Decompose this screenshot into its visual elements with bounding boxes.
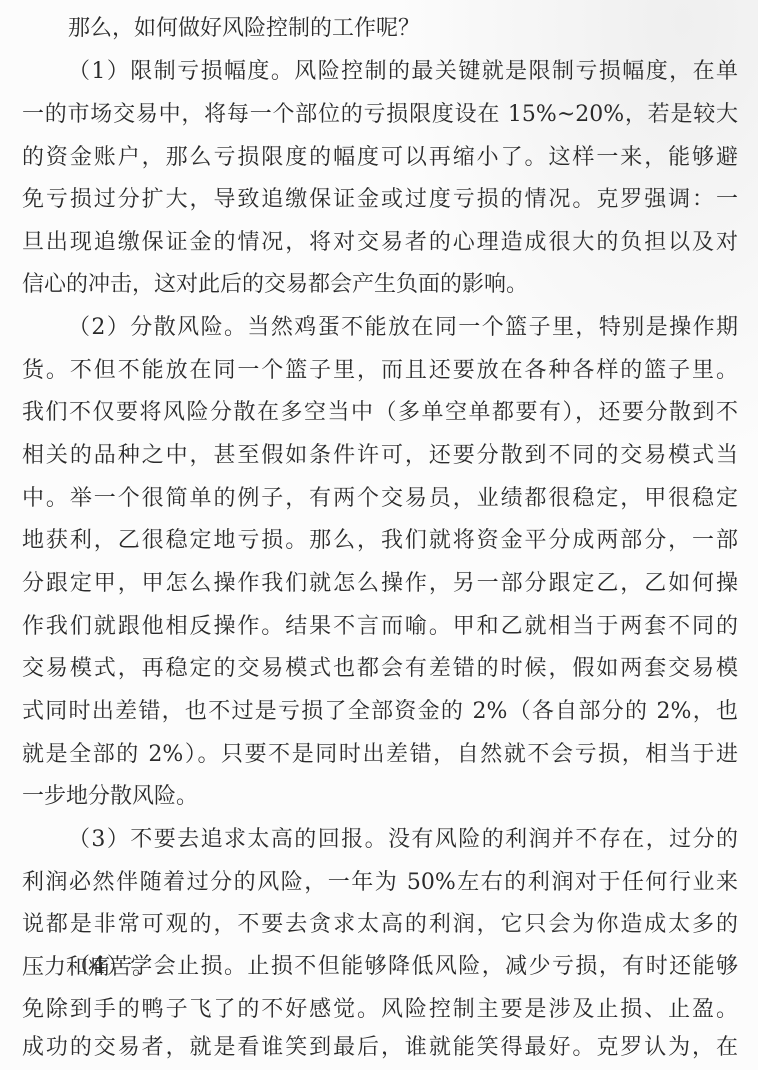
- text-line: 作我们就跟他相反操作。结果不言而喻。甲和乙就相当于两套不同的: [22, 606, 738, 648]
- text-line: 货。不但不能放在同一个篮子里，而且还要放在各种各样的篮子里。: [22, 350, 738, 392]
- scanned-book-page: 那么，如何做好风险控制的工作呢？ （1）限制亏损幅度。风险控制的最关键就是限制亏…: [0, 0, 758, 1070]
- text-line-point-3-heading: （3）不要去追求太高的回报。没有风险的利润并不存在，过分的: [68, 819, 738, 861]
- text-line: 我们不仅要将风险分散在多空当中（多单空单都要有），还要分散到不: [22, 392, 738, 434]
- text-line: 利润必然伴随着过分的风险，一年为 50%左右的利润对于任何行业来: [22, 862, 738, 904]
- text-line-point-2-heading: （2）分散风险。当然鸡蛋不能放在同一个篮子里，特别是操作期: [68, 307, 738, 349]
- text-line: 分跟定甲，甲怎么操作我们就怎么操作，另一部分跟定乙，乙如何操: [22, 563, 738, 605]
- text-line: 地获利，乙很稳定地亏损。那么，我们就将资金平分成两部分，一部: [22, 520, 738, 562]
- text-line: 就是全部的 2%）。只要不是同时出差错，自然就不会亏损，相当于进: [22, 734, 738, 776]
- text-line: 相关的品种之中，甚至假如条件许可，还要分散到不同的交易模式当: [22, 435, 738, 477]
- text-line: 说都是非常可观的，不要去贪求太高的利润，它只会为你造成太多的: [22, 904, 738, 946]
- text-line-point-1-heading: （1）限制亏损幅度。风险控制的最关键就是限制亏损幅度，在单: [68, 51, 738, 93]
- text-line: 交易模式，再稳定的交易模式也都会有差错的时候，假如两套交易模: [22, 648, 738, 690]
- text-line: 中。举一个很简单的例子，有两个交易员，业绩都很稳定，甲很稳定: [22, 478, 738, 520]
- text-line: 的资金账户，那么亏损限度的幅度可以再缩小了。这样一来，能够避: [22, 137, 738, 179]
- text-line-point-4-heading: （4）学会止损。止损不但能够降低风险，减少亏损，有时还能够: [68, 946, 738, 988]
- text-line-intro-question: 那么，如何做好风险控制的工作呢？: [68, 8, 738, 50]
- text-line: 免亏损过分扩大，导致追缴保证金或过度亏损的情况。克罗强调：一: [22, 179, 738, 221]
- text-line: 一的市场交易中，将每一个部位的亏损限度设在 15%~20%，若是较大: [22, 94, 738, 136]
- text-line: 成功的交易者，就是看谁笑到最后，谁就能笑得最好。克罗认为，在: [22, 1027, 738, 1069]
- text-line: 免除到手的鸭子飞了的不好感觉。风险控制主要是涉及止损、止盈。: [22, 989, 738, 1031]
- text-line: 一步地分散风险。: [22, 776, 738, 818]
- text-line: 式同时出差错，也不过是亏损了全部资金的 2%（各自部分的 2%，也: [22, 691, 738, 733]
- text-line: 信心的冲击，这对此后的交易都会产生负面的影响。: [22, 264, 738, 306]
- text-line: 旦出现追缴保证金的情况，将对交易者的心理造成很大的负担以及对: [22, 222, 738, 264]
